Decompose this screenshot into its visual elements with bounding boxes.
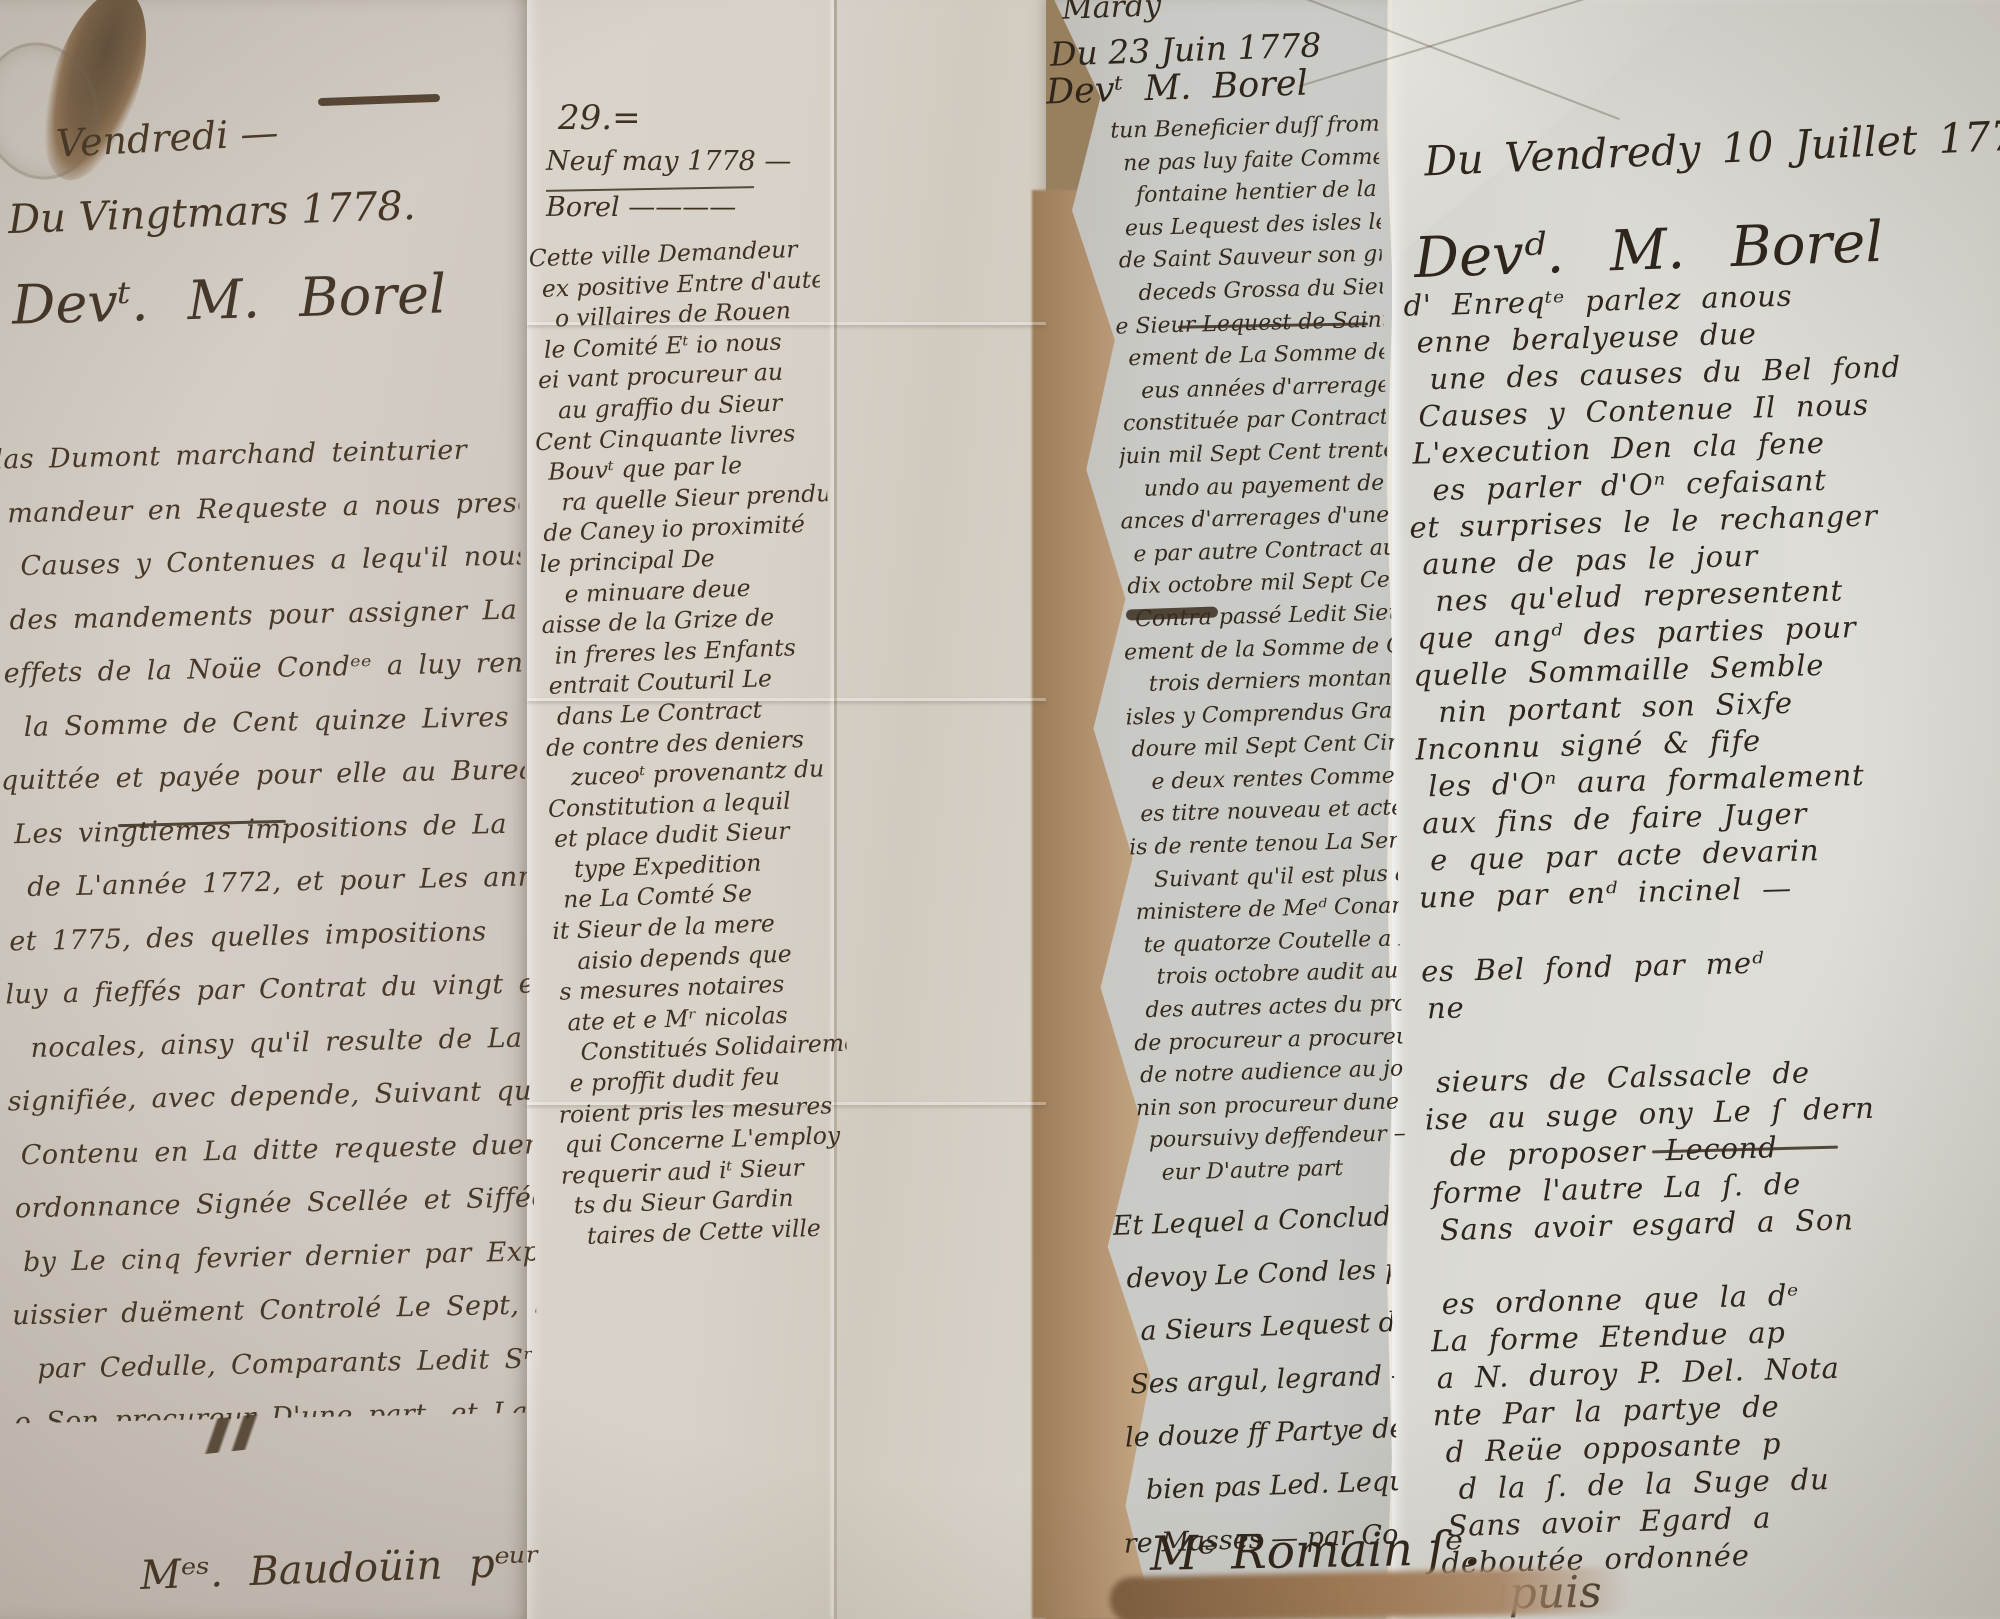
page3-day-heading: Mardy [1061,0,1161,27]
manuscript-line: Et Lequel a Conclud a [1112,1190,1390,1253]
page3-conclusion-text: Et Lequel a Conclud adevoy Le Cond les p… [1112,1190,1400,1559]
page2-judge-heading: Borel ———— [546,192,736,223]
manuscript-line: devoy Le Cond les ptuiaux [1114,1243,1392,1306]
manuscript-line: bien pas Led. Lequestt [1121,1455,1399,1518]
page4-body-text: d' Enreqᵗᵉ parlez anousenne beralyeuse d… [1403,273,2000,1583]
manuscript-line: le douze ﬀ Partye de [1119,1402,1397,1465]
photograph-of-manuscripts: Vendredi — Du Vingtmars 1778. Devᵗ. M. B… [0,0,2000,1619]
page3-body-text: tun Beneficier duſſ fromune pas luy fait… [1110,109,1406,1191]
page1-judge-heading: Devᵗ. M. Borel [11,262,447,336]
page2-date-heading: Neuf may 1778 — [546,146,791,177]
manuscript-line: a Sieurs Lequest des [1116,1296,1394,1359]
page1-body-text: las Dumont marchand teinturiermandeur en… [0,423,538,1424]
manuscript-line: Ses argul, legrand — [1117,1349,1395,1412]
page2-number-note: 29.= [558,98,641,138]
page2-body-text: Cette ville Demandeurex positive Entre d… [528,233,853,1262]
